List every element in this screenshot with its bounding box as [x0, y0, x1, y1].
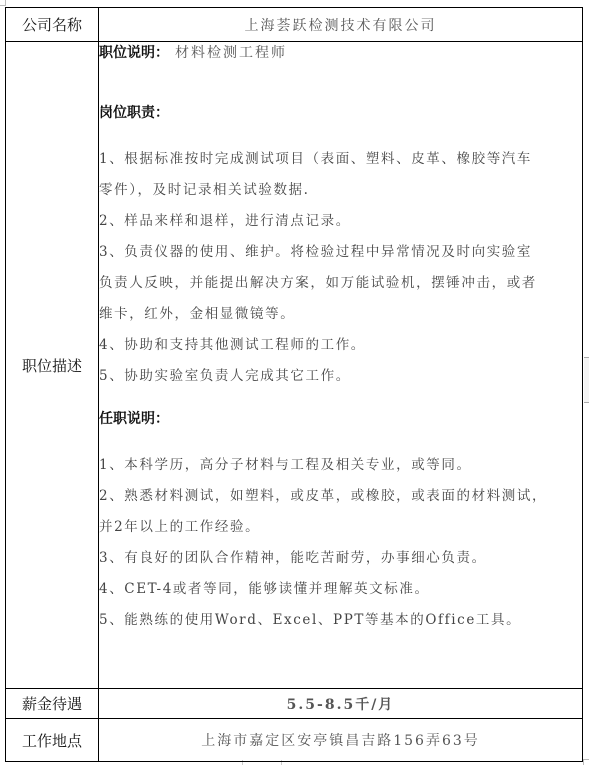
duty-line: 4、协助和支持其他测试工程师的工作。 [99, 330, 582, 361]
company-row: 公司名称 上海荟跃检测技术有限公司 [6, 8, 583, 42]
duty-line: 零件），及时记录相关试验数据. [99, 175, 582, 206]
duty-line: 1、根据标准按时完成测试项目（表面、塑料、皮革、橡胶等汽车 [99, 144, 582, 175]
location-row: 工作地点 上海市嘉定区安亭镇昌吉路156弄63号 [6, 719, 583, 762]
requirement-line: 4、CET-4或者等同，能够读懂并理解英文标准。 [99, 574, 582, 605]
requirement-line: 3、有良好的团队合作精神，能吃苦耐劳，办事细心负责。 [99, 543, 582, 574]
requirements-heading: 任职说明： [99, 408, 582, 430]
page-corner-mark-bottom [583, 759, 589, 765]
company-label: 公司名称 [6, 8, 99, 42]
job-posting-table: 公司名称 上海荟跃检测技术有限公司 职位描述 职位说明：材料检测工程师 岗位职责… [5, 7, 583, 762]
duty-line: 5、协助实验室负责人完成其它工作。 [99, 361, 582, 392]
position-heading-line: 职位说明：材料检测工程师 [99, 42, 582, 64]
duties-list: 1、根据标准按时完成测试项目（表面、塑料、皮革、橡胶等汽车 零件），及时记录相关… [99, 144, 582, 392]
duty-line: 2、样品来样和退样，进行清点记录。 [99, 206, 582, 237]
duty-line: 负责人反映，并能提出解决方案，如万能试验机，摆锤冲击，或者 [99, 268, 582, 299]
salary-label: 薪金待遇 [6, 689, 99, 719]
salary-value: 5.5-8.5千/月 [99, 689, 583, 719]
requirement-line: 并2年以上的工作经验。 [99, 512, 582, 543]
description-content: 职位说明：材料检测工程师 岗位职责： 1、根据标准按时完成测试项目（表面、塑料、… [99, 42, 583, 689]
position-heading: 职位说明： [99, 45, 169, 61]
requirement-line: 2、熟悉材料测试，如塑料，或皮革，或橡胶，或表面的材料测试， [99, 481, 582, 512]
position-title: 材料检测工程师 [175, 45, 287, 61]
page-corner-mark [0, 0, 6, 6]
duty-line: 维卡，红外，金相显微镜等。 [99, 299, 582, 330]
duty-line: 3、负责仪器的使用、维护。将检验过程中异常情况及时向实验室 [99, 237, 582, 268]
description-row: 职位描述 职位说明：材料检测工程师 岗位职责： 1、根据标准按时完成测试项目（表… [6, 42, 583, 689]
salary-row: 薪金待遇 5.5-8.5千/月 [6, 689, 583, 719]
scroll-edge-mark [584, 357, 589, 403]
location-label: 工作地点 [6, 719, 99, 762]
requirement-line: 5、能熟练的使用Word、Excel、PPT等基本的Office工具。 [99, 605, 582, 636]
requirements-list: 1、本科学历，高分子材料与工程及相关专业，或等同。 2、熟悉材料测试，如塑料，或… [99, 450, 582, 636]
company-name: 上海荟跃检测技术有限公司 [99, 8, 583, 42]
location-value: 上海市嘉定区安亭镇昌吉路156弄63号 [99, 719, 583, 762]
requirement-line: 1、本科学历，高分子材料与工程及相关专业，或等同。 [99, 450, 582, 481]
duties-heading: 岗位职责： [99, 102, 582, 124]
description-label: 职位描述 [6, 42, 99, 689]
